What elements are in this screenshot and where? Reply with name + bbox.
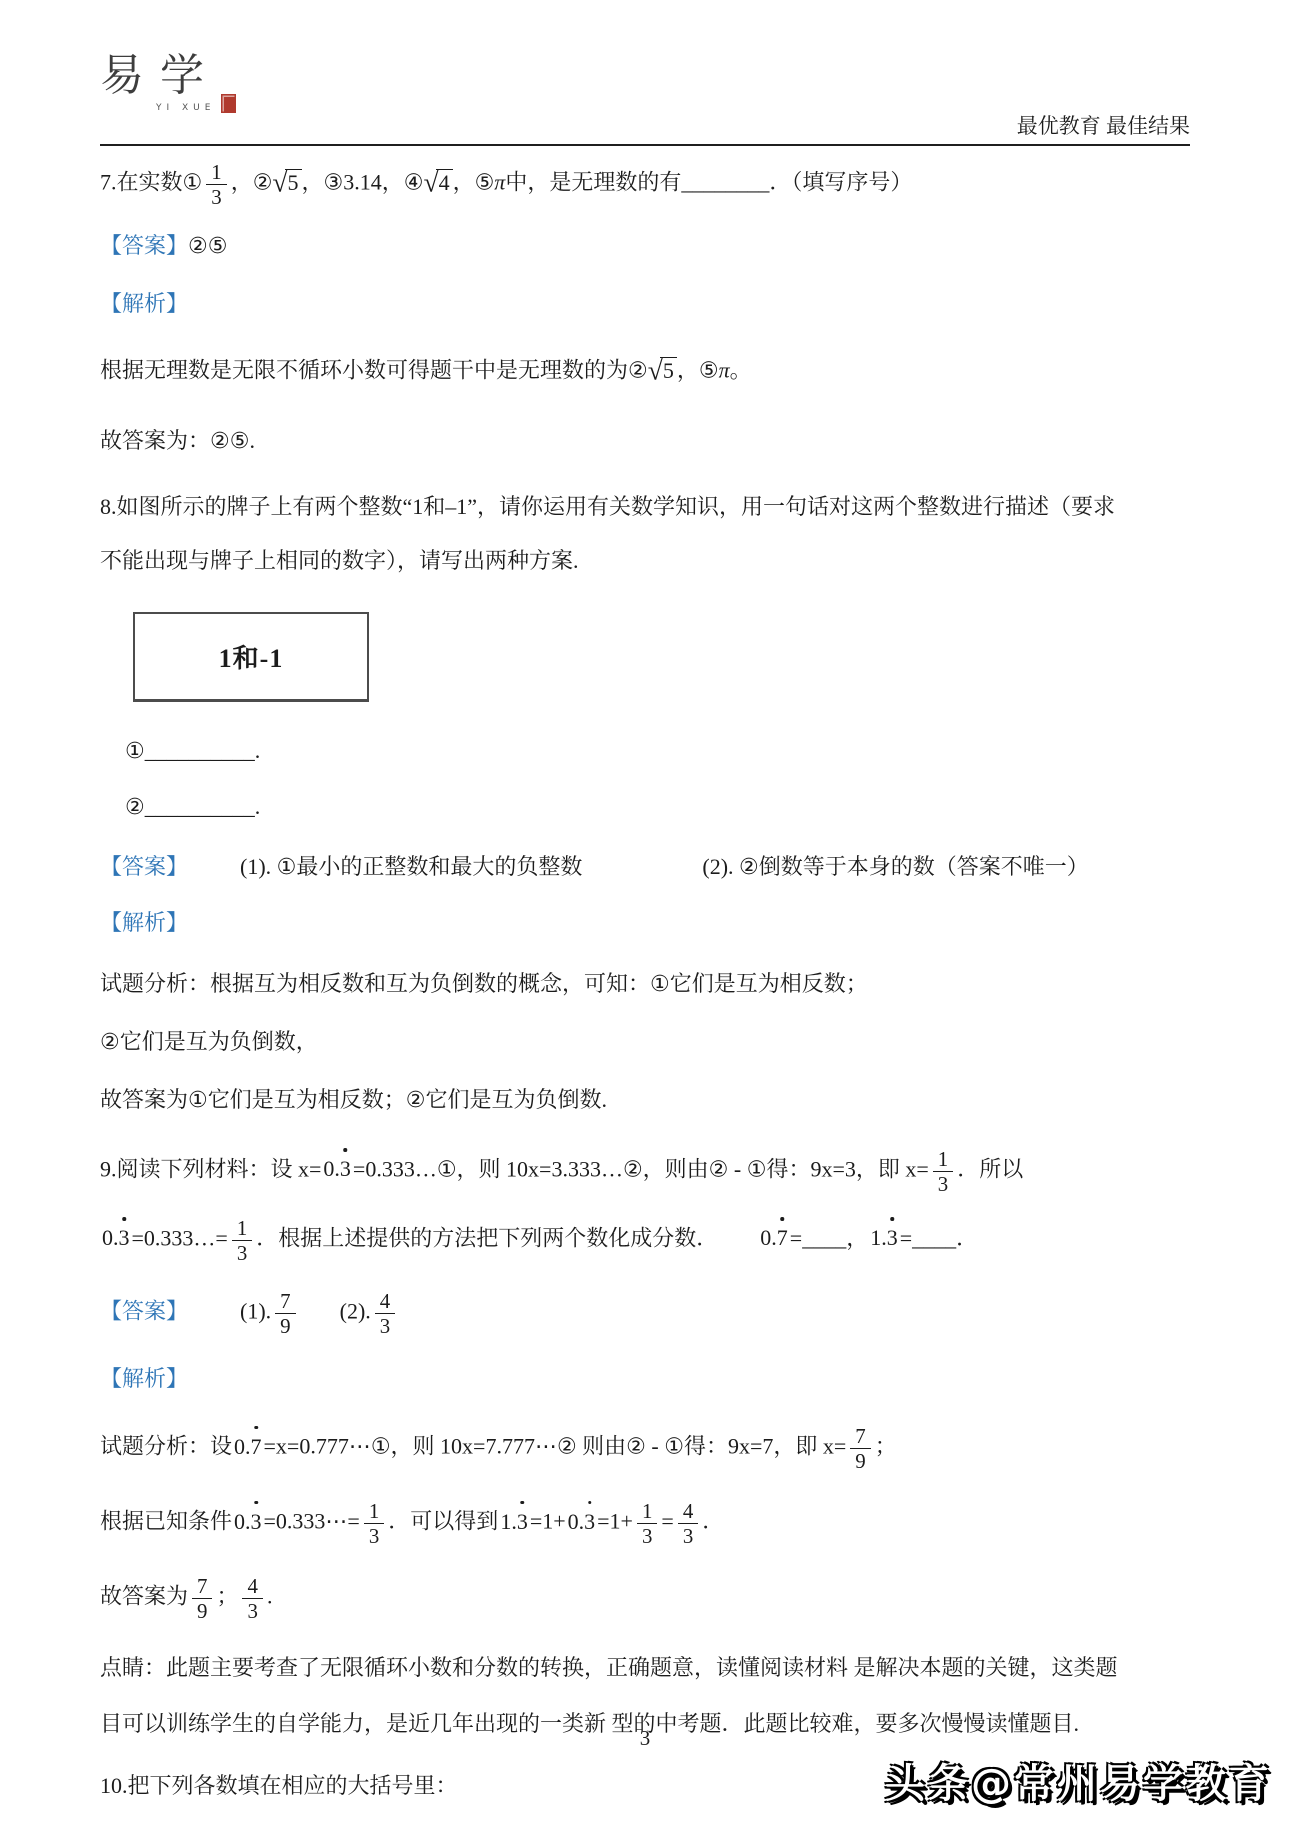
text-run: =0.333⋯=: [264, 1509, 360, 1534]
text-run: ；: [875, 1434, 897, 1459]
text-run: ．（填写序号）: [769, 170, 912, 195]
answer-blank: ____: [912, 1225, 956, 1250]
question-9-analysis-line2: 根据已知条件0.3=0.333⋯=13．可以得到1.3=1+0.3=1+13=4…: [100, 1499, 1190, 1548]
repeating-decimal: 0.7: [234, 1434, 262, 1459]
circled-2: ②: [125, 794, 145, 819]
question-7-answer: 【答案】②⑤: [100, 229, 1190, 263]
text-run: 7.在实数①: [100, 170, 202, 195]
question-8-conclusion: 故答案为①它们是互为相反数；②它们是互为负倒数.: [100, 1083, 1190, 1117]
text-run: =x=0.777⋯①，则 10x=7.777⋯② 则由② - ①得：9x=7，即…: [264, 1434, 847, 1459]
question-8-analysis-label: 【解析】: [100, 906, 1190, 940]
text-run: ，⑤: [453, 170, 495, 195]
question-9-text-line1: 9.阅读下列材料：设 x=0.3=0.333…①，则 10x=3.333…②，则…: [100, 1147, 1190, 1196]
fraction: 43: [242, 1574, 262, 1623]
answer-label: 【答案】: [100, 1299, 188, 1324]
text-run: 中，是无理数的有: [505, 170, 681, 195]
page-header: 易学 YI XUE 最优教育 最佳结果: [0, 0, 1290, 146]
answer-blank: __________: [145, 794, 255, 819]
repeating-decimal: 1.3: [870, 1225, 898, 1250]
pi-symbol: π: [719, 358, 730, 383]
question-8-blank1: ①__________.: [125, 734, 1190, 768]
fraction: 79: [850, 1424, 870, 1473]
text-run: =0.333…①，则 10x=3.333…②，则由② - ①得：9x=3，即 x…: [353, 1156, 929, 1181]
logo-text: 易学: [100, 52, 236, 100]
answer-blank: ________: [681, 170, 769, 195]
analysis-label: 【解析】: [100, 910, 188, 935]
document-body: 7.在实数①13，②√5，③3.14，④√4，⑤π中，是无理数的有_______…: [0, 160, 1290, 1804]
pi-symbol: π: [494, 170, 505, 195]
answer-tag: (1).: [240, 1299, 271, 1324]
fraction: 43: [375, 1289, 395, 1338]
answer-blank: ____: [802, 1225, 846, 1250]
text-run: ．: [956, 1225, 978, 1250]
repeating-decimal: 0.3: [234, 1509, 262, 1534]
analysis-label: 【解析】: [100, 291, 188, 316]
worksheet-page: 易学 YI XUE 最优教育 最佳结果 7.在实数①13，②√5，③3.14，④…: [0, 0, 1290, 1825]
question-9-analysis-label: 【解析】: [100, 1362, 1190, 1396]
text-run: 故答案为: [100, 1584, 188, 1609]
repeating-decimal: 0.3: [568, 1509, 596, 1534]
fraction: 79: [192, 1574, 212, 1623]
text-run: ；: [216, 1584, 238, 1609]
text-run: =1+: [597, 1509, 633, 1534]
text-run: .: [267, 1584, 273, 1609]
question-8-answer: 【答案】(1). ①最小的正整数和最大的负整数(2). ②倒数等于本身的数（答案…: [100, 850, 1190, 884]
text-run: 根据无理数是无限不循环小数可得题干中是无理数的为②: [100, 358, 648, 383]
repeating-decimal: 0.3: [102, 1225, 130, 1250]
repeating-decimal: 1.3: [500, 1509, 528, 1534]
sqrt-expression: √4: [423, 170, 452, 195]
header-divider: [100, 144, 1190, 146]
analysis-label: 【解析】: [100, 1366, 188, 1391]
question-9-analysis-line1: 试题分析：设0.7=x=0.777⋯①，则 10x=7.777⋯② 则由② - …: [100, 1424, 1190, 1473]
question-8-analysis-line2: ②它们是互为负倒数，: [100, 1025, 1190, 1059]
yixue-logo: 易学 YI XUE: [100, 52, 236, 113]
text-run: =: [790, 1225, 802, 1250]
sign-text: 1和-1: [219, 638, 284, 675]
sqrt-expression: √5: [272, 170, 301, 195]
fraction: 13: [364, 1499, 384, 1548]
text-run: ．: [702, 1509, 724, 1534]
fraction: 13: [206, 160, 226, 209]
question-8-blank2: ②__________.: [125, 790, 1190, 824]
fraction: 13: [637, 1499, 657, 1548]
text-run: ．可以得到: [388, 1509, 498, 1534]
logo-subtext: YI XUE: [156, 103, 215, 113]
question-8-text-line1: 8.如图所示的牌子上有两个整数“1和–1”，请你运用有关数学知识，用一句话对这两…: [100, 490, 1190, 524]
text-run: =: [900, 1225, 912, 1250]
text-run: =1+: [530, 1509, 566, 1534]
answer-value: ②⑤: [188, 233, 227, 258]
text-run: ，⑤: [677, 358, 719, 383]
text-run: 试题分析：设: [100, 1434, 232, 1459]
number-sign-box: 1和-1: [133, 612, 369, 702]
answer-blank: __________: [145, 738, 255, 763]
text-run: ，: [846, 1225, 868, 1250]
text-run: ．所以: [957, 1156, 1023, 1181]
answer-part-2: (2). ②倒数等于本身的数（答案不唯一）: [702, 854, 1088, 879]
answer-label: 【答案】: [100, 233, 188, 258]
question-9-conclusion: 故答案为79；43.: [100, 1574, 1190, 1623]
header-tagline: 最优教育 最佳结果: [1017, 110, 1190, 140]
circled-1: ①: [125, 738, 145, 763]
text-run: =: [661, 1509, 673, 1534]
question-9-answer: 【答案】(1).79(2).43: [100, 1289, 1190, 1338]
text-run: ，③3.14，④: [302, 170, 424, 195]
question-9-text-line2: 0.3=0.333…=13．根据上述提供的方法把下列两个数化成分数．0.7=__…: [100, 1216, 1190, 1265]
watermark-text: 头条@常州易学教育: [885, 1752, 1272, 1809]
sqrt-expression: √5: [648, 358, 677, 383]
text-run: 。: [730, 358, 752, 383]
text-run: ．根据上述提供的方法把下列两个数化成分数．: [256, 1225, 718, 1250]
question-7-text: 7.在实数①13，②√5，③3.14，④√4，⑤π中，是无理数的有_______…: [100, 160, 1190, 209]
text-run: 根据已知条件: [100, 1509, 232, 1534]
answer-label: 【答案】: [100, 854, 188, 879]
answer-tag: (2).: [340, 1299, 371, 1324]
question-7-analysis: 根据无理数是无限不循环小数可得题干中是无理数的为②√5，⑤π。: [100, 349, 1190, 392]
red-seal-icon: [221, 94, 236, 113]
answer-part-1: (1). ①最小的正整数和最大的负整数: [240, 854, 582, 879]
repeating-decimal: 0.3: [323, 1156, 351, 1181]
question-7-analysis-label: 【解析】: [100, 287, 1190, 321]
fraction: 79: [275, 1289, 295, 1338]
question-7-conclusion: 故答案为：②⑤.: [100, 424, 1190, 458]
text-run: ，②: [231, 170, 273, 195]
text-run: 9.阅读下列材料：设 x=: [100, 1156, 321, 1181]
fraction: 43: [678, 1499, 698, 1548]
question-8-text-line2: 不能出现与牌子上相同的数字），请写出两种方案.: [100, 544, 1190, 578]
text-run: =0.333…=: [132, 1225, 228, 1250]
page-number: 3: [0, 1726, 1290, 1751]
fraction: 13: [232, 1216, 252, 1265]
question-9-tip-line1: 点睛：此题主要考查了无限循环小数和分数的转换，正确题意，读懂阅读材料 是解决本题…: [100, 1651, 1190, 1685]
fraction: 13: [933, 1147, 953, 1196]
repeating-decimal: 0.7: [760, 1225, 788, 1250]
question-8-analysis-line1: 试题分析：根据互为相反数和互为负倒数的概念，可知：①它们是互为相反数；: [100, 967, 1190, 1001]
